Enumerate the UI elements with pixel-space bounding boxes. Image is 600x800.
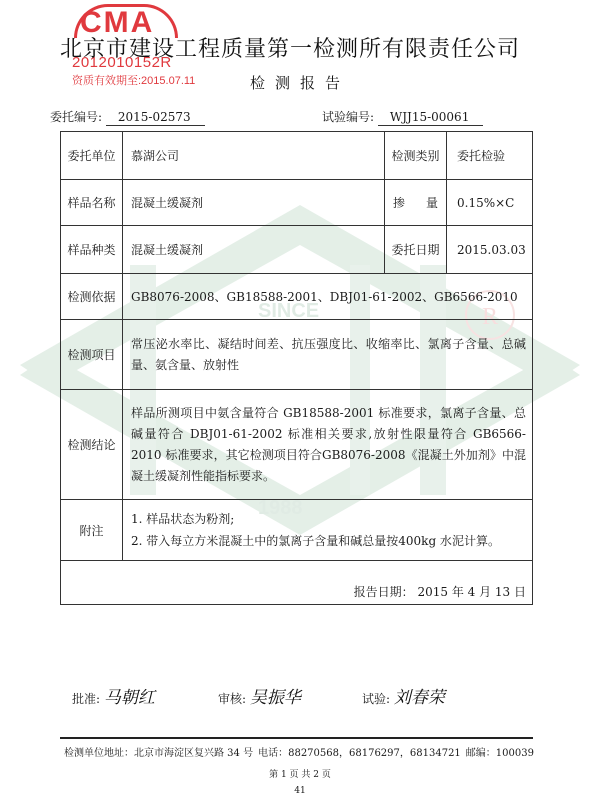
test-type-value: 委托检验 — [447, 132, 533, 180]
notes-label: 附注 — [61, 500, 123, 561]
report-title: 检测报告 — [0, 72, 600, 93]
client-label: 委托单位 — [61, 132, 123, 180]
commission-number-value: 2015-02573 — [106, 110, 205, 126]
tester-signature: 刘春荣 — [394, 688, 445, 708]
commission-date-value: 2015.03.03 — [447, 226, 533, 274]
table-row: 报告日期： 2015 年 4 月 13 日 — [61, 561, 533, 605]
basis-value: GB8076-2008、GB18588-2001、DBJ01-61-2002、G… — [123, 274, 533, 320]
page-info: 第 1 页 共 2 页 — [0, 767, 600, 780]
approver: 批准: 马朝红 — [72, 683, 155, 708]
note-item: 1. 样品状态为粉剂; — [131, 508, 524, 530]
dosage-label-b: 量 — [426, 194, 438, 211]
items-label: 检测项目 — [61, 320, 123, 390]
items-value: 常压泌水率比、凝结时间差、抗压强度比、收缩率比、氯离子含量、总碱量、氨含量、放射… — [123, 320, 533, 390]
sample-type-label: 样品种类 — [61, 226, 123, 274]
notes-value: 1. 样品状态为粉剂; 2. 带入每立方米混凝土中的氯离子含量和碱总量按400k… — [123, 500, 533, 561]
commission-number: 委托编号: 2015-02573 — [50, 108, 205, 126]
test-number-value: WJJ15-00061 — [378, 110, 483, 126]
report-date: 报告日期： 2015 年 4 月 13 日 — [61, 561, 533, 605]
test-type-label: 检测类别 — [385, 132, 447, 180]
commission-date-label: 委托日期 — [385, 226, 447, 274]
sample-type-value: 混凝土缓凝剂 — [123, 226, 385, 274]
company-name: 北京市建设工程质量第一检测所有限责任公司 — [60, 32, 540, 63]
table-row: 检测结论 样品所测项目中氨含量符合 GB18588-2001 标准要求，氯离子含… — [61, 390, 533, 500]
footer-address: 检测单位地址：北京市海淀区复兴路 34 号 — [64, 744, 253, 759]
table-row: 检测项目 常压泌水率比、凝结时间差、抗压强度比、收缩率比、氯离子含量、总碱量、氨… — [61, 320, 533, 390]
footer-divider — [60, 737, 533, 739]
client-value: 慕湖公司 — [123, 132, 385, 180]
footer-phone: 电话：88270568，68176297，68134721 — [258, 744, 461, 759]
table-row: 委托单位 慕湖公司 检测类别 委托检验 — [61, 132, 533, 180]
sample-name-value: 混凝土缓凝剂 — [123, 180, 385, 226]
dosage-value: 0.15%×C — [447, 180, 533, 226]
commission-number-label: 委托编号: — [50, 108, 102, 125]
approver-label: 批准: — [72, 692, 100, 706]
approver-signature: 马朝红 — [104, 688, 155, 708]
dosage-label: 掺 量 — [385, 180, 447, 226]
tester-label: 试验: — [362, 692, 390, 706]
dosage-label-a: 掺 — [393, 194, 405, 211]
note-item: 2. 带入每立方米混凝土中的氯离子含量和碱总量按400kg 水泥计算。 — [131, 530, 524, 552]
table-row: 样品种类 混凝土缓凝剂 委托日期 2015.03.03 — [61, 226, 533, 274]
footer-contact: 检测单位地址：北京市海淀区复兴路 34 号 电话：88270568，681762… — [64, 744, 534, 759]
report-table: 委托单位 慕湖公司 检测类别 委托检验 样品名称 混凝土缓凝剂 掺 量 0.15… — [60, 131, 533, 605]
conclusion-value: 样品所测项目中氨含量符合 GB18588-2001 标准要求，氯离子含量、总碱量… — [123, 390, 533, 500]
basis-label: 检测依据 — [61, 274, 123, 320]
sample-name-label: 样品名称 — [61, 180, 123, 226]
footer-postcode: 邮编：100039 — [466, 744, 534, 759]
table-row: 检测依据 GB8076-2008、GB18588-2001、DBJ01-61-2… — [61, 274, 533, 320]
reviewer: 审核: 吴振华 — [218, 683, 301, 708]
tester: 试验: 刘春荣 — [362, 683, 445, 708]
test-number-label: 试验编号: — [322, 108, 374, 125]
reviewer-label: 审核: — [218, 692, 246, 706]
reviewer-signature: 吴振华 — [250, 688, 301, 708]
table-row: 附注 1. 样品状态为粉剂; 2. 带入每立方米混凝土中的氯离子含量和碱总量按4… — [61, 500, 533, 561]
table-row: 样品名称 混凝土缓凝剂 掺 量 0.15%×C — [61, 180, 533, 226]
conclusion-label: 检测结论 — [61, 390, 123, 500]
test-number: 试验编号: WJJ15-00061 — [322, 108, 483, 126]
page-number: 41 — [0, 786, 600, 796]
